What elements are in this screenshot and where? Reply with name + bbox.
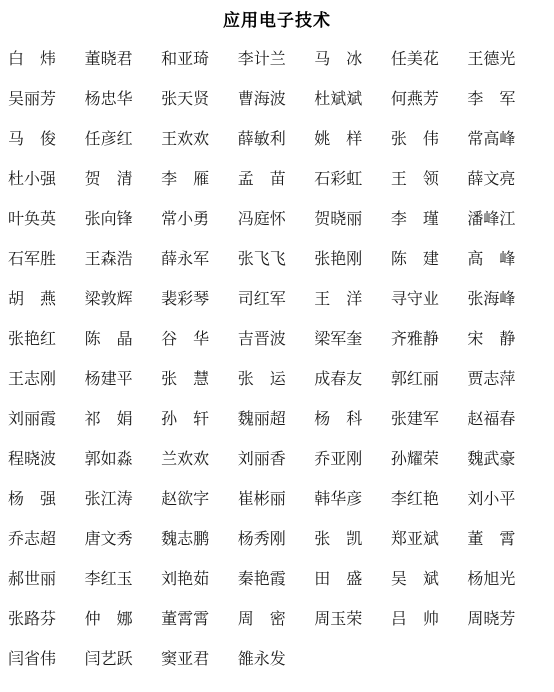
name-cell: 杜小强 [8,160,85,200]
name-cell: 杨旭光 [467,560,544,600]
name-cell: 任彦红 [85,120,162,160]
name-cell: 梁军奎 [314,320,391,360]
name-cell: 仲 娜 [85,600,162,640]
name-row: 马 俊任彦红王欢欢薛敏利姚 样张 伟常高峰 [8,120,544,160]
name-cell: 李 雁 [161,160,238,200]
name-cell: 周 密 [238,600,315,640]
name-cell: 闫省伟 [8,640,85,680]
name-row: 胡 燕梁敦辉裴彩琴司红军王 洋寻守业张海峰 [8,280,544,320]
name-cell: 胡 燕 [8,280,85,320]
name-cell: 张 伟 [391,120,468,160]
name-cell: 郝世丽 [8,560,85,600]
name-cell: 曹海波 [238,80,315,120]
name-cell: 宋 静 [467,320,544,360]
name-cell: 祁 娟 [85,400,162,440]
name-cell: 杨秀刚 [238,520,315,560]
name-cell: 何燕芳 [391,80,468,120]
name-cell: 石彩虹 [314,160,391,200]
name-row: 程晓波郭如淼兰欢欢刘丽香乔亚刚孙耀荣魏武豪 [8,440,544,480]
name-cell: 薛永军 [161,240,238,280]
name-cell: 孙耀荣 [391,440,468,480]
name-cell: 和亚琦 [161,40,238,80]
name-cell: 郭红丽 [391,360,468,400]
name-cell: 田 盛 [314,560,391,600]
name-cell: 谷 华 [161,320,238,360]
name-cell: 马 俊 [8,120,85,160]
page-title: 应用电子技术 [0,0,554,40]
name-cell: 韩华彦 [314,480,391,520]
name-cell: 姚 样 [314,120,391,160]
name-cell: 刘艳茹 [161,560,238,600]
name-cell: 赵福春 [467,400,544,440]
name-row: 乔志超唐文秀魏志鹏杨秀刚张 凯郑亚斌董 霄 [8,520,544,560]
name-cell: 王志刚 [8,360,85,400]
name-cell: 高 峰 [467,240,544,280]
name-cell: 董霄霄 [161,600,238,640]
name-cell: 吴丽芳 [8,80,85,120]
name-cell: 司红军 [238,280,315,320]
name-cell: 薛敏利 [238,120,315,160]
name-row: 叶奂英张向锋常小勇冯庭怀贺晓丽李 瑾潘峰江 [8,200,544,240]
name-cell: 成春友 [314,360,391,400]
name-cell: 杨建平 [85,360,162,400]
name-cell: 王 洋 [314,280,391,320]
name-cell: 李 军 [467,80,544,120]
name-cell: 王森浩 [85,240,162,280]
name-cell: 张 慧 [161,360,238,400]
name-cell: 周晓芳 [467,600,544,640]
name-cell: 吉晋波 [238,320,315,360]
name-cell: 张江涛 [85,480,162,520]
name-cell: 张飞飞 [238,240,315,280]
name-cell: 王 领 [391,160,468,200]
name-cell: 魏志鹏 [161,520,238,560]
name-cell: 贾志萍 [467,360,544,400]
name-row: 吴丽芳杨忠华张天贤曹海波杜斌斌何燕芳李 军 [8,80,544,120]
name-cell: 秦艳霞 [238,560,315,600]
name-cell: 闫艺跃 [85,640,162,680]
name-row: 白 炜董晓君和亚琦李计兰马 冰任美花王德光 [8,40,544,80]
name-cell: 李红艳 [391,480,468,520]
name-cell: 杨忠华 [85,80,162,120]
name-row: 石军胜王森浩薛永军张飞飞张艳刚陈 建高 峰 [8,240,544,280]
name-cell: 王德光 [467,40,544,80]
name-cell: 贺 清 [85,160,162,200]
name-cell: 吴 斌 [391,560,468,600]
name-cell: 魏丽超 [238,400,315,440]
name-cell: 魏武豪 [467,440,544,480]
name-cell: 刘小平 [467,480,544,520]
name-cell: 冯庭怀 [238,200,315,240]
name-cell: 石军胜 [8,240,85,280]
name-row: 杜小强贺 清李 雁孟 苗石彩虹王 领薛文亮 [8,160,544,200]
name-cell: 张 凯 [314,520,391,560]
name-cell: 张 运 [238,360,315,400]
name-row: 郝世丽李红玉刘艳茹秦艳霞田 盛吴 斌杨旭光 [8,560,544,600]
name-cell: 刘丽霞 [8,400,85,440]
name-cell: 乔亚刚 [314,440,391,480]
name-cell: 潘峰江 [467,200,544,240]
name-cell: 叶奂英 [8,200,85,240]
name-cell: 董 霄 [467,520,544,560]
name-cell: 张建军 [391,400,468,440]
name-cell: 张路芬 [8,600,85,640]
name-cell: 孙 轩 [161,400,238,440]
name-cell: 孟 苗 [238,160,315,200]
name-cell: 李计兰 [238,40,315,80]
name-cell: 李 瑾 [391,200,468,240]
name-row: 刘丽霞祁 娟孙 轩魏丽超杨 科张建军赵福春 [8,400,544,440]
name-cell: 杨 科 [314,400,391,440]
name-cell: 兰欢欢 [161,440,238,480]
name-cell: 白 炜 [8,40,85,80]
name-cell: 裴彩琴 [161,280,238,320]
name-cell: 寻守业 [391,280,468,320]
name-cell: 常高峰 [467,120,544,160]
name-cell: 张向锋 [85,200,162,240]
name-list: 白 炜董晓君和亚琦李计兰马 冰任美花王德光吴丽芳杨忠华张天贤曹海波杜斌斌何燕芳李… [0,40,554,680]
name-cell: 张海峰 [467,280,544,320]
name-row: 王志刚杨建平张 慧张 运成春友郭红丽贾志萍 [8,360,544,400]
name-cell: 程晓波 [8,440,85,480]
name-cell: 刘丽香 [238,440,315,480]
name-cell: 董晓君 [85,40,162,80]
name-cell: 张艳刚 [314,240,391,280]
name-cell: 齐雅静 [391,320,468,360]
name-row: 张路芬仲 娜董霄霄周 密周玉荣吕 帅周晓芳 [8,600,544,640]
name-cell: 唐文秀 [85,520,162,560]
document-page: 应用电子技术 白 炜董晓君和亚琦李计兰马 冰任美花王德光吴丽芳杨忠华张天贤曹海波… [0,0,554,692]
name-row: 闫省伟闫艺跃窦亚君雒永发 [8,640,544,680]
name-cell: 窦亚君 [161,640,238,680]
name-cell: 常小勇 [161,200,238,240]
name-cell: 杨 强 [8,480,85,520]
name-cell: 马 冰 [314,40,391,80]
name-cell: 杜斌斌 [314,80,391,120]
name-cell: 吕 帅 [391,600,468,640]
name-cell: 王欢欢 [161,120,238,160]
name-cell: 陈 晶 [85,320,162,360]
name-cell: 雒永发 [238,640,315,680]
name-cell: 梁敦辉 [85,280,162,320]
name-cell: 李红玉 [85,560,162,600]
name-cell: 张艳红 [8,320,85,360]
name-cell: 乔志超 [8,520,85,560]
name-cell: 郭如淼 [85,440,162,480]
name-cell: 贺晓丽 [314,200,391,240]
name-cell: 周玉荣 [314,600,391,640]
name-cell: 郑亚斌 [391,520,468,560]
name-cell: 陈 建 [391,240,468,280]
name-cell: 任美花 [391,40,468,80]
name-row: 杨 强张江涛赵欲字崔彬丽韩华彦李红艳刘小平 [8,480,544,520]
name-cell: 赵欲字 [161,480,238,520]
name-cell: 崔彬丽 [238,480,315,520]
name-cell: 张天贤 [161,80,238,120]
name-cell: 薛文亮 [467,160,544,200]
name-row: 张艳红陈 晶谷 华吉晋波梁军奎齐雅静宋 静 [8,320,544,360]
